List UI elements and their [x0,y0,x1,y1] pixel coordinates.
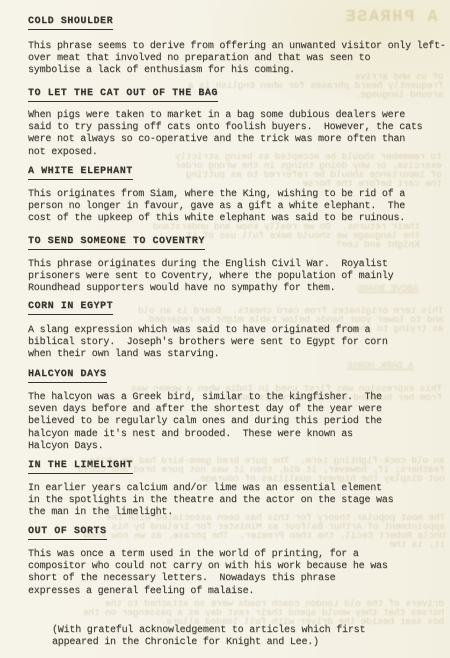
acknowledgement-footer: (With grateful acknowledgement to articl… [52,625,432,649]
section-body-send-to-coventry: This phrase originates during the Englis… [28,259,446,296]
section-heading-cold-shoulder: COLD SHOULDER [28,16,113,30]
section-heading-halcyon-days: HALCYON DAYS [28,369,107,383]
section-body-out-of-sorts: This was once a term used in the world o… [28,549,446,598]
section-heading-send-to-coventry: TO SEND SOMEONE TO COVENTRY [28,236,205,250]
section-body-cold-shoulder: This phrase seems to derive from offerin… [28,41,446,78]
section-heading-white-elephant: A WHITE ELEPHANT [28,166,133,180]
section-body-corn-in-egypt: A slang expression which was said to hav… [28,325,446,362]
scanned-document-page: A PHRASE of us who arrive frequently hea… [0,0,450,658]
section-heading-out-of-sorts: OUT OF SORTS [28,526,107,540]
section-body-halcyon-days: The halcyon was a Greek bird, similar to… [28,392,446,453]
typed-content: COLD SHOULDER This phrase seems to deriv… [0,0,450,658]
section-body-white-elephant: This originates from Siam, where the Kin… [28,189,446,226]
section-body-cat-out-of-bag: When pigs were taken to market in a bag … [28,110,446,159]
section-heading-in-the-limelight: IN THE LIMELIGHT [28,460,133,474]
section-heading-corn-in-egypt: CORN IN EGYPT [28,301,113,315]
section-heading-cat-out-of-bag: TO LET THE CAT OUT OF THE BAG [28,88,218,102]
section-body-in-the-limelight: In earlier years calcium and/or lime was… [28,483,446,520]
